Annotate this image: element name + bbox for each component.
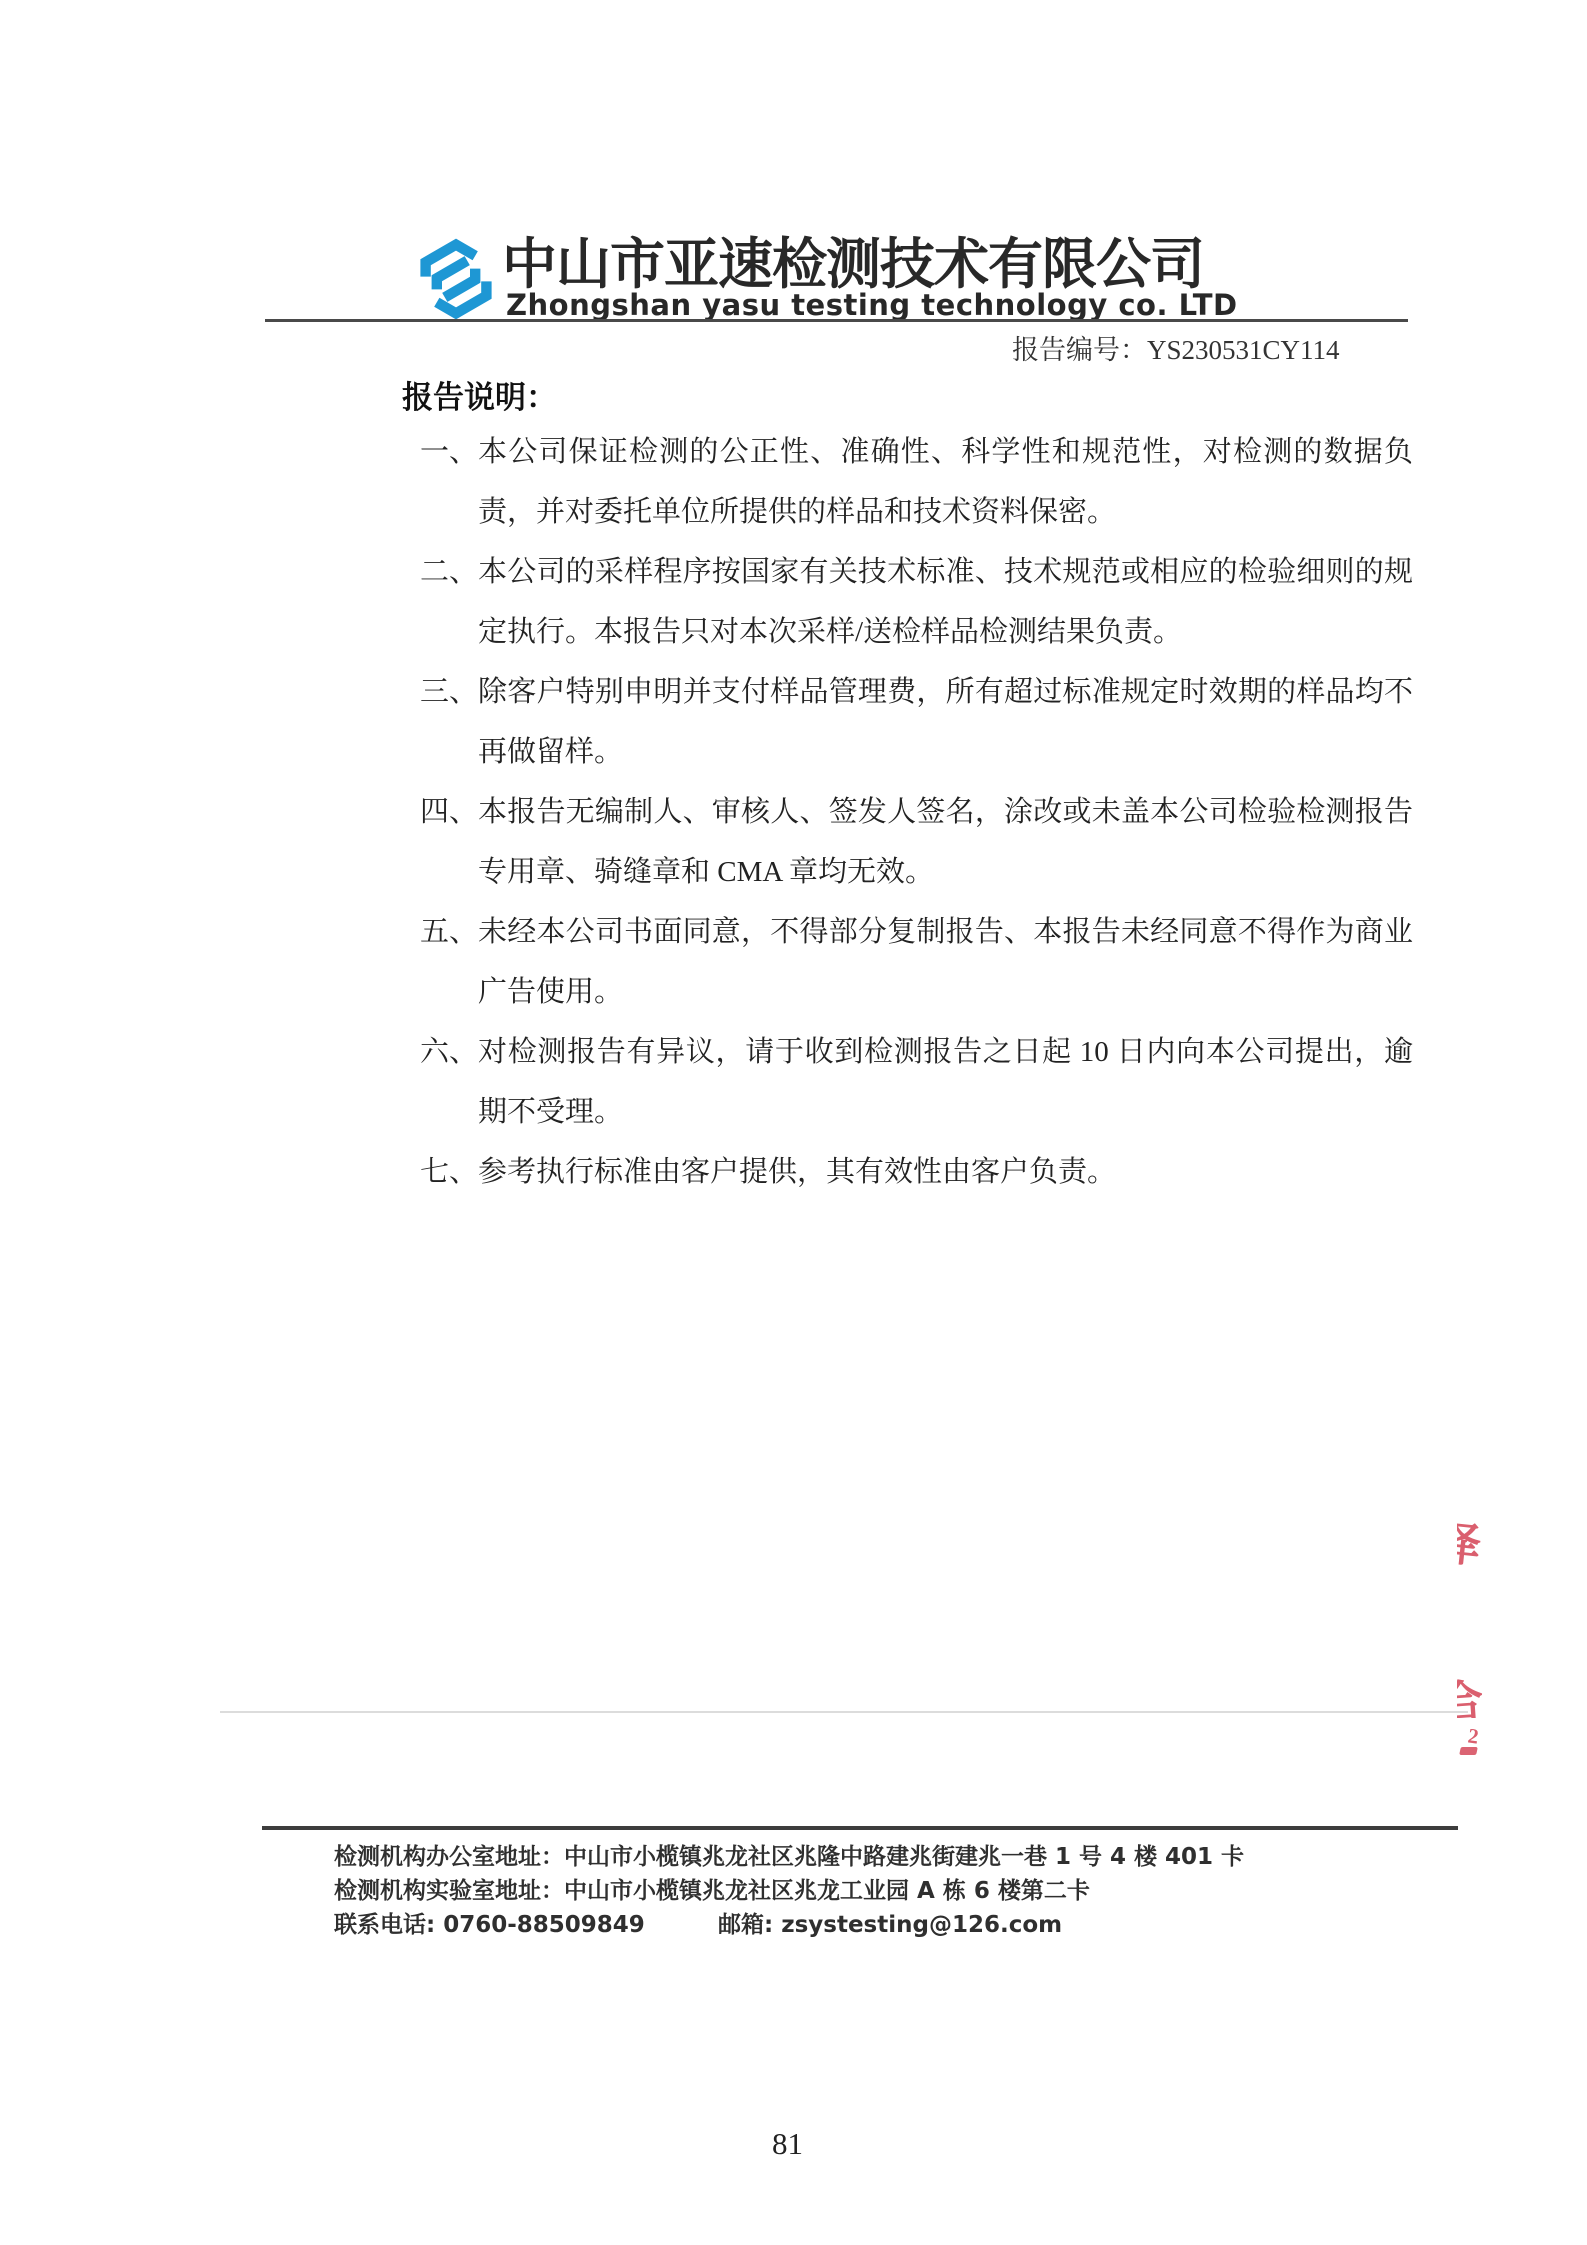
report-number: 报告编号：YS230531CY114 [1012,328,1340,367]
list-item: 四、 本报告无编制人、审核人、签发人签名，涂改或未盖本公司检验检测报告专用章、骑… [420,782,1420,902]
list-item-number: 二、 [420,542,478,662]
footer-divider [262,1826,1458,1830]
red-seal-fragment-bottom: 合 [1457,1666,1485,1718]
scan-fold-line [220,1711,1468,1713]
list-item-number: 七、 [420,1142,478,1202]
notes-heading: 报告说明： [402,372,557,417]
footer-email: 邮箱: zsystesting@126.com [718,1906,1062,1939]
red-seal-glyph: 合 [1457,1666,1485,1718]
list-item: 一、 本公司保证检测的公正性、准确性、科学性和规范性，对检测的数据负责，并对委托… [420,422,1420,542]
footer-office-address: 检测机构办公室地址：中山市小榄镇兆龙社区兆隆中路建兆街建兆一巷 1 号 4 楼 … [334,1838,1244,1871]
report-number-value: YS230531CY114 [1147,335,1340,365]
list-item-number: 五、 [420,902,478,1022]
list-item: 七、 参考执行标准由客户提供，其有效性由客户负责。 [420,1142,1420,1202]
list-item: 二、 本公司的采样程序按国家有关技术标准、技术规范或相应的检验细则的规定执行。本… [420,542,1420,662]
report-page: 中山市亚速检测技术有限公司 Zhongshan yasu testing tec… [0,0,1587,2245]
red-seal-glyph: 泽 [1457,1508,1483,1576]
list-item-number: 三、 [420,662,478,782]
header-divider [265,319,1408,322]
list-item-number: 一、 [420,422,478,542]
list-item-number: 六、 [420,1022,478,1142]
list-item: 五、 未经本公司书面同意，不得部分复制报告、本报告未经同意不得作为商业广告使用。 [420,902,1420,1022]
company-logo-icon [416,232,496,326]
list-item-text: 本报告无编制人、审核人、签发人签名，涂改或未盖本公司检验检测报告专用章、骑缝章和… [478,782,1413,902]
notes-list: 一、 本公司保证检测的公正性、准确性、科学性和规范性，对检测的数据负责，并对委托… [420,422,1420,1202]
list-item: 三、 除客户特别申明并支付样品管理费，所有超过标准规定时效期的样品均不再做留样。 [420,662,1420,782]
list-item-text: 除客户特别申明并支付样品管理费，所有超过标准规定时效期的样品均不再做留样。 [478,662,1413,782]
red-seal-glyph: 2 [1468,1724,1480,1748]
company-name-en: Zhongshan yasu testing technology co. LT… [506,288,1211,322]
footer-lab-address: 检测机构实验室地址：中山市小榄镇兆龙社区兆龙工业园 A 栋 6 楼第二卡 [334,1872,1090,1905]
page-number: 81 [772,2126,803,2162]
list-item-text: 未经本公司书面同意，不得部分复制报告、本报告未经同意不得作为商业广告使用。 [478,902,1413,1022]
red-seal-fragment-top: 泽 [1457,1508,1483,1588]
list-item-text: 参考执行标准由客户提供，其有效性由客户负责。 [478,1142,1413,1202]
footer-phone: 联系电话: 0760-88509849 [334,1906,645,1939]
report-number-label: 报告编号： [1012,335,1147,365]
red-seal-fragment-number: 2 [1468,1724,1486,1748]
red-seal-fragment-bar [1459,1747,1478,1755]
list-item-number: 四、 [420,782,478,902]
list-item: 六、 对检测报告有异议，请于收到检测报告之日起 10 日内向本公司提出，逾期不受… [420,1022,1420,1142]
list-item-text: 对检测报告有异议，请于收到检测报告之日起 10 日内向本公司提出，逾期不受理。 [478,1022,1413,1142]
list-item-text: 本公司的采样程序按国家有关技术标准、技术规范或相应的检验细则的规定执行。本报告只… [478,542,1413,662]
list-item-text: 本公司保证检测的公正性、准确性、科学性和规范性，对检测的数据负责，并对委托单位所… [478,422,1413,542]
